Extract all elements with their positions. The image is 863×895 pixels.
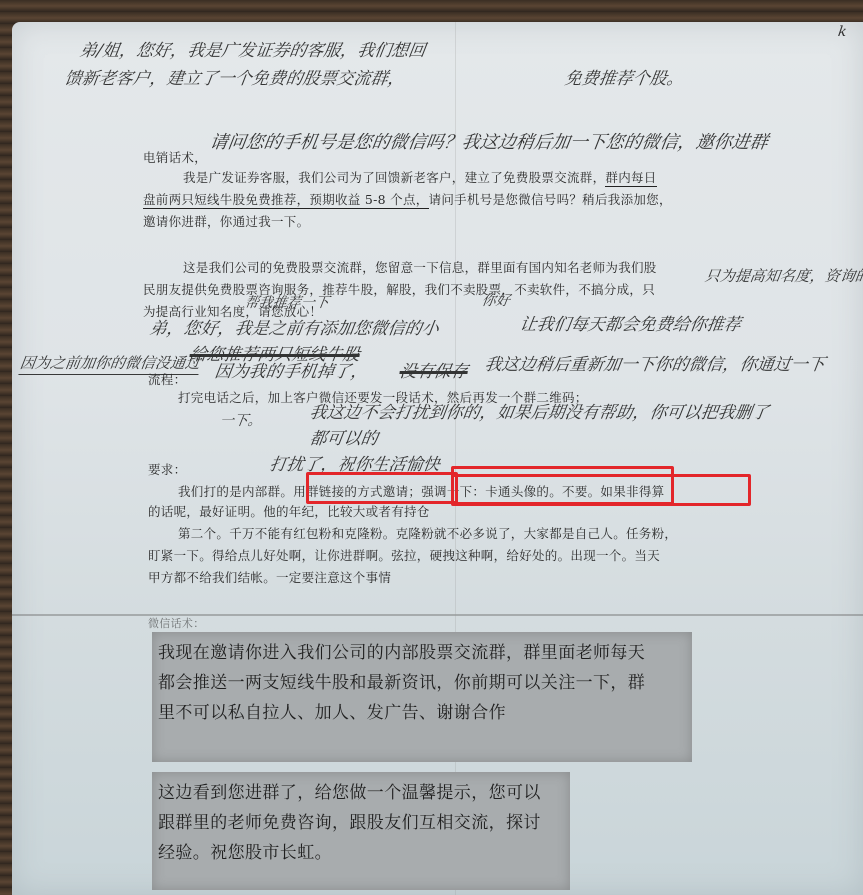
req-line1-part-a: 我们打的是内部群。	[178, 484, 293, 499]
requirements-line4: 盯紧一下。得给点儿好处啊，让你进群啊。弦拉，硬拽这种啊，给好处的。出现一个。当天	[148, 546, 660, 566]
section-label-phone-script: 电销话术，	[143, 148, 207, 168]
message-line: 都会推送一两支短线牛股和最新资讯，你前期可以关注一下，群	[158, 668, 686, 698]
intro-line1: 这是我们公司的免费股票交流群，您留意一下信息，群里面有国内知名老师为我们股	[183, 258, 657, 278]
handwritten-greeting-line1: 弟/姐，您好，我是广发证券的客服，我们想回	[78, 36, 427, 61]
requirements-line3: 第二个。千万不能有红包粉和克隆粉。克隆粉就不必多说了，大家都是自己人。任务粉，	[178, 524, 677, 544]
handwritten-small-note-2: 帮我推荐一下	[244, 292, 331, 312]
phone-para-prefix: 我是广发证券客服，我们公司为了回馈新老客户，建立了免费股票交流群，	[183, 170, 605, 185]
phone-para-underlined-2: 盘前两只短线牛股免费推荐，预期收益 5-8 个点，	[143, 192, 429, 209]
message-line: 我现在邀请你进入我们公司的内部股票交流群，群里面老师每天	[158, 638, 686, 668]
handwritten-flow-struck: 没有保存	[398, 357, 470, 382]
message-line: 经验。祝您股市长虹。	[158, 838, 564, 868]
handwritten-greeting-line2: 馈新老客户，建立了一个免费的股票交流群，	[63, 64, 407, 89]
handwritten-note-intro-right: 让我们每天都会免费给你推荐	[518, 310, 743, 335]
intro-line2: 民朋友提供免费股票咨询服务，推荐牛股，解股，我们不卖股票，不卖软件，不搞分成，只	[143, 280, 655, 300]
phone-paragraph-line1: 我是广发证券客服，我们公司为了回馈新老客户，建立了免费股票交流群，群内每日	[183, 168, 657, 188]
phone-paragraph-line3: 邀请你进群，你通过我一下。	[143, 212, 309, 232]
message-line: 跟群里的老师免费咨询，跟股友们互相交流，探讨	[158, 808, 564, 838]
section-label-flow: 流程：	[148, 370, 186, 390]
message-line: 这边看到您进群了，给您做一个温馨提示，您可以	[158, 778, 564, 808]
phone-para-suffix: 请问手机号是您微信号吗？稍后我添加您，	[429, 192, 672, 207]
highlight-box-invite-method	[306, 472, 458, 504]
requirements-line5: 甲方都不给我们结帐。一定要注意这个事情	[148, 568, 391, 588]
wechat-message-invite: 我现在邀请你进入我们公司的内部股票交流群，群里面老师每天 都会推送一两支短线牛股…	[152, 632, 692, 762]
section-label-wechat: 微信话术：	[148, 614, 205, 634]
requirements-line2: 的话呢，最好证明。他的年纪，比较大或者有持仓	[148, 502, 430, 522]
handwritten-flow-right: 我这边稍后重新加一下你的微信，你通过一下	[483, 350, 827, 375]
phone-paragraph-line2: 盘前两只短线牛股免费推荐，预期收益 5-8 个点，请问手机号是您微信号吗？稍后我…	[143, 190, 672, 210]
paper-fold-line	[12, 614, 863, 616]
wechat-message-welcome: 这边看到您进群了，给您做一个温馨提示，您可以 跟群里的老师免费咨询，跟股友们互相…	[152, 772, 570, 890]
handwritten-greeting-line2-right: 免费推荐个股。	[563, 64, 686, 89]
handwritten-reassurance-line: 我这边不会打扰到你的，如果后期没有帮助，你可以把我删了	[308, 398, 771, 423]
handwritten-flow-note: 因为我的手机掉了，	[213, 357, 370, 382]
handwritten-phone-note: 请问您的手机号是您的微信吗？我这边稍后加一下您的微信，邀你进群	[208, 128, 770, 154]
handwritten-right-margin-note: 只为提高知名度，资询的	[704, 265, 863, 286]
message-line: 里不可以私自拉人、加人、发广告、谢谢合作	[158, 698, 686, 728]
handwritten-note-intro: 弟，您好，我是之前有添加您微信的小	[148, 314, 441, 339]
handwritten-reassurance-line2: 都可以的	[308, 424, 380, 449]
highlight-box-wide	[451, 474, 751, 506]
handwritten-small-note-1: 一下。	[219, 410, 264, 430]
phone-para-underlined-1: 群内每日	[605, 170, 656, 187]
handwritten-small-note-3: 你好	[481, 290, 512, 310]
section-label-requirements: 要求：	[148, 460, 186, 480]
